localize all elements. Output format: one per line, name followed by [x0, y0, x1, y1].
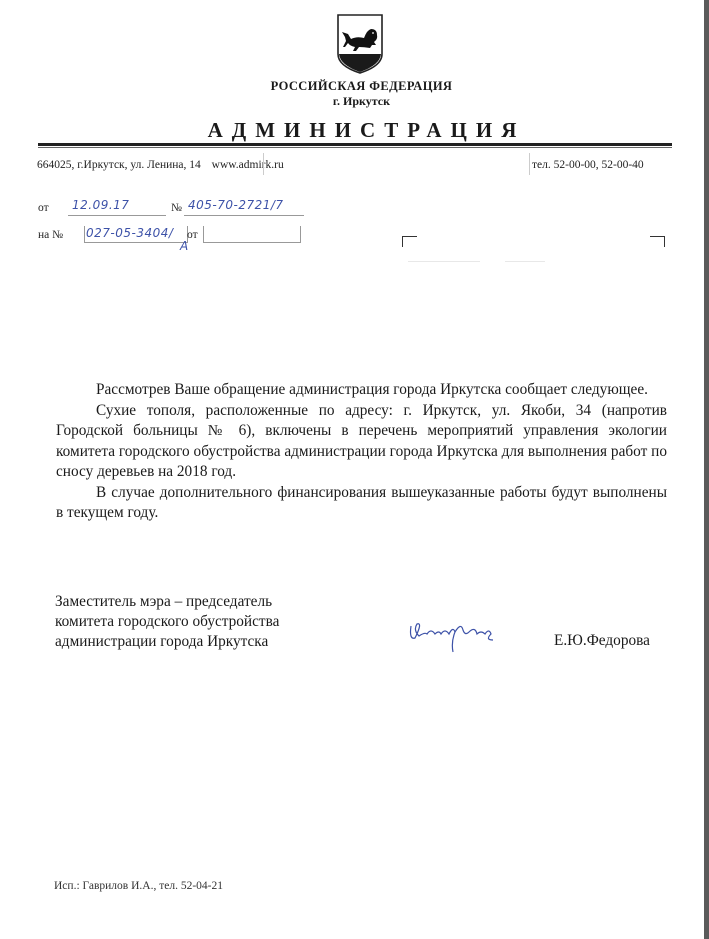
position-line: Заместитель мэра – председатель	[55, 592, 279, 612]
signatory-name: Е.Ю.Федорова	[554, 632, 650, 650]
postal-address: 664025, г.Иркутск, ул. Ленина, 14	[37, 159, 201, 171]
country-name: РОССИЙСКАЯ ФЕДЕРАЦИЯ	[7, 79, 709, 94]
reply-to-suffix: А	[180, 239, 189, 253]
address-line: 664025, г.Иркутск, ул. Ленина, 14 www.ad…	[37, 159, 292, 171]
position-line: комитета городского обустройства	[55, 612, 279, 632]
divider	[529, 153, 530, 175]
executor-info: Исп.: Гаврилов И.А., тел. 52-04-21	[54, 880, 223, 892]
outgoing-number-value: 405-70-2721/7	[188, 198, 284, 212]
handwritten-signature-icon	[405, 618, 505, 658]
website-link[interactable]: www.admirk.ru	[212, 159, 284, 171]
reply-to-number-value: 027-05-3404/	[86, 226, 173, 240]
reply-from-date-field[interactable]	[203, 226, 301, 243]
paragraph: Рассмотрев Ваше обращение администрация …	[56, 380, 667, 401]
redacted-text	[505, 261, 545, 262]
paragraph: Сухие тополя, расположенные по адресу: г…	[56, 401, 667, 483]
redacted-text	[408, 261, 480, 262]
page-title: АДМИНИСТРАЦИЯ	[12, 118, 709, 143]
from-date-value: 12.09.17	[72, 198, 129, 212]
phone-numbers: тел. 52-00-00, 52-00-40	[532, 159, 644, 171]
reply-from-label: от	[187, 229, 198, 241]
city-name: г. Иркутск	[7, 94, 709, 109]
paragraph: В случае дополнительного финансирования …	[56, 483, 667, 524]
header-rule-thin	[38, 147, 672, 148]
irkutsk-coat-of-arms-icon	[337, 14, 383, 74]
from-label: от	[38, 202, 49, 214]
reply-to-label: на №	[38, 229, 63, 241]
position-line: администрации города Иркутска	[55, 632, 279, 652]
number-label: №	[171, 202, 182, 214]
letter-body: Рассмотрев Ваше обращение администрация …	[56, 380, 667, 524]
addressee-corner-mark	[402, 236, 417, 247]
divider	[263, 153, 264, 175]
signatory-position: Заместитель мэра – председатель комитета…	[55, 592, 279, 652]
header-rule	[38, 143, 672, 146]
addressee-corner-mark	[650, 236, 665, 247]
